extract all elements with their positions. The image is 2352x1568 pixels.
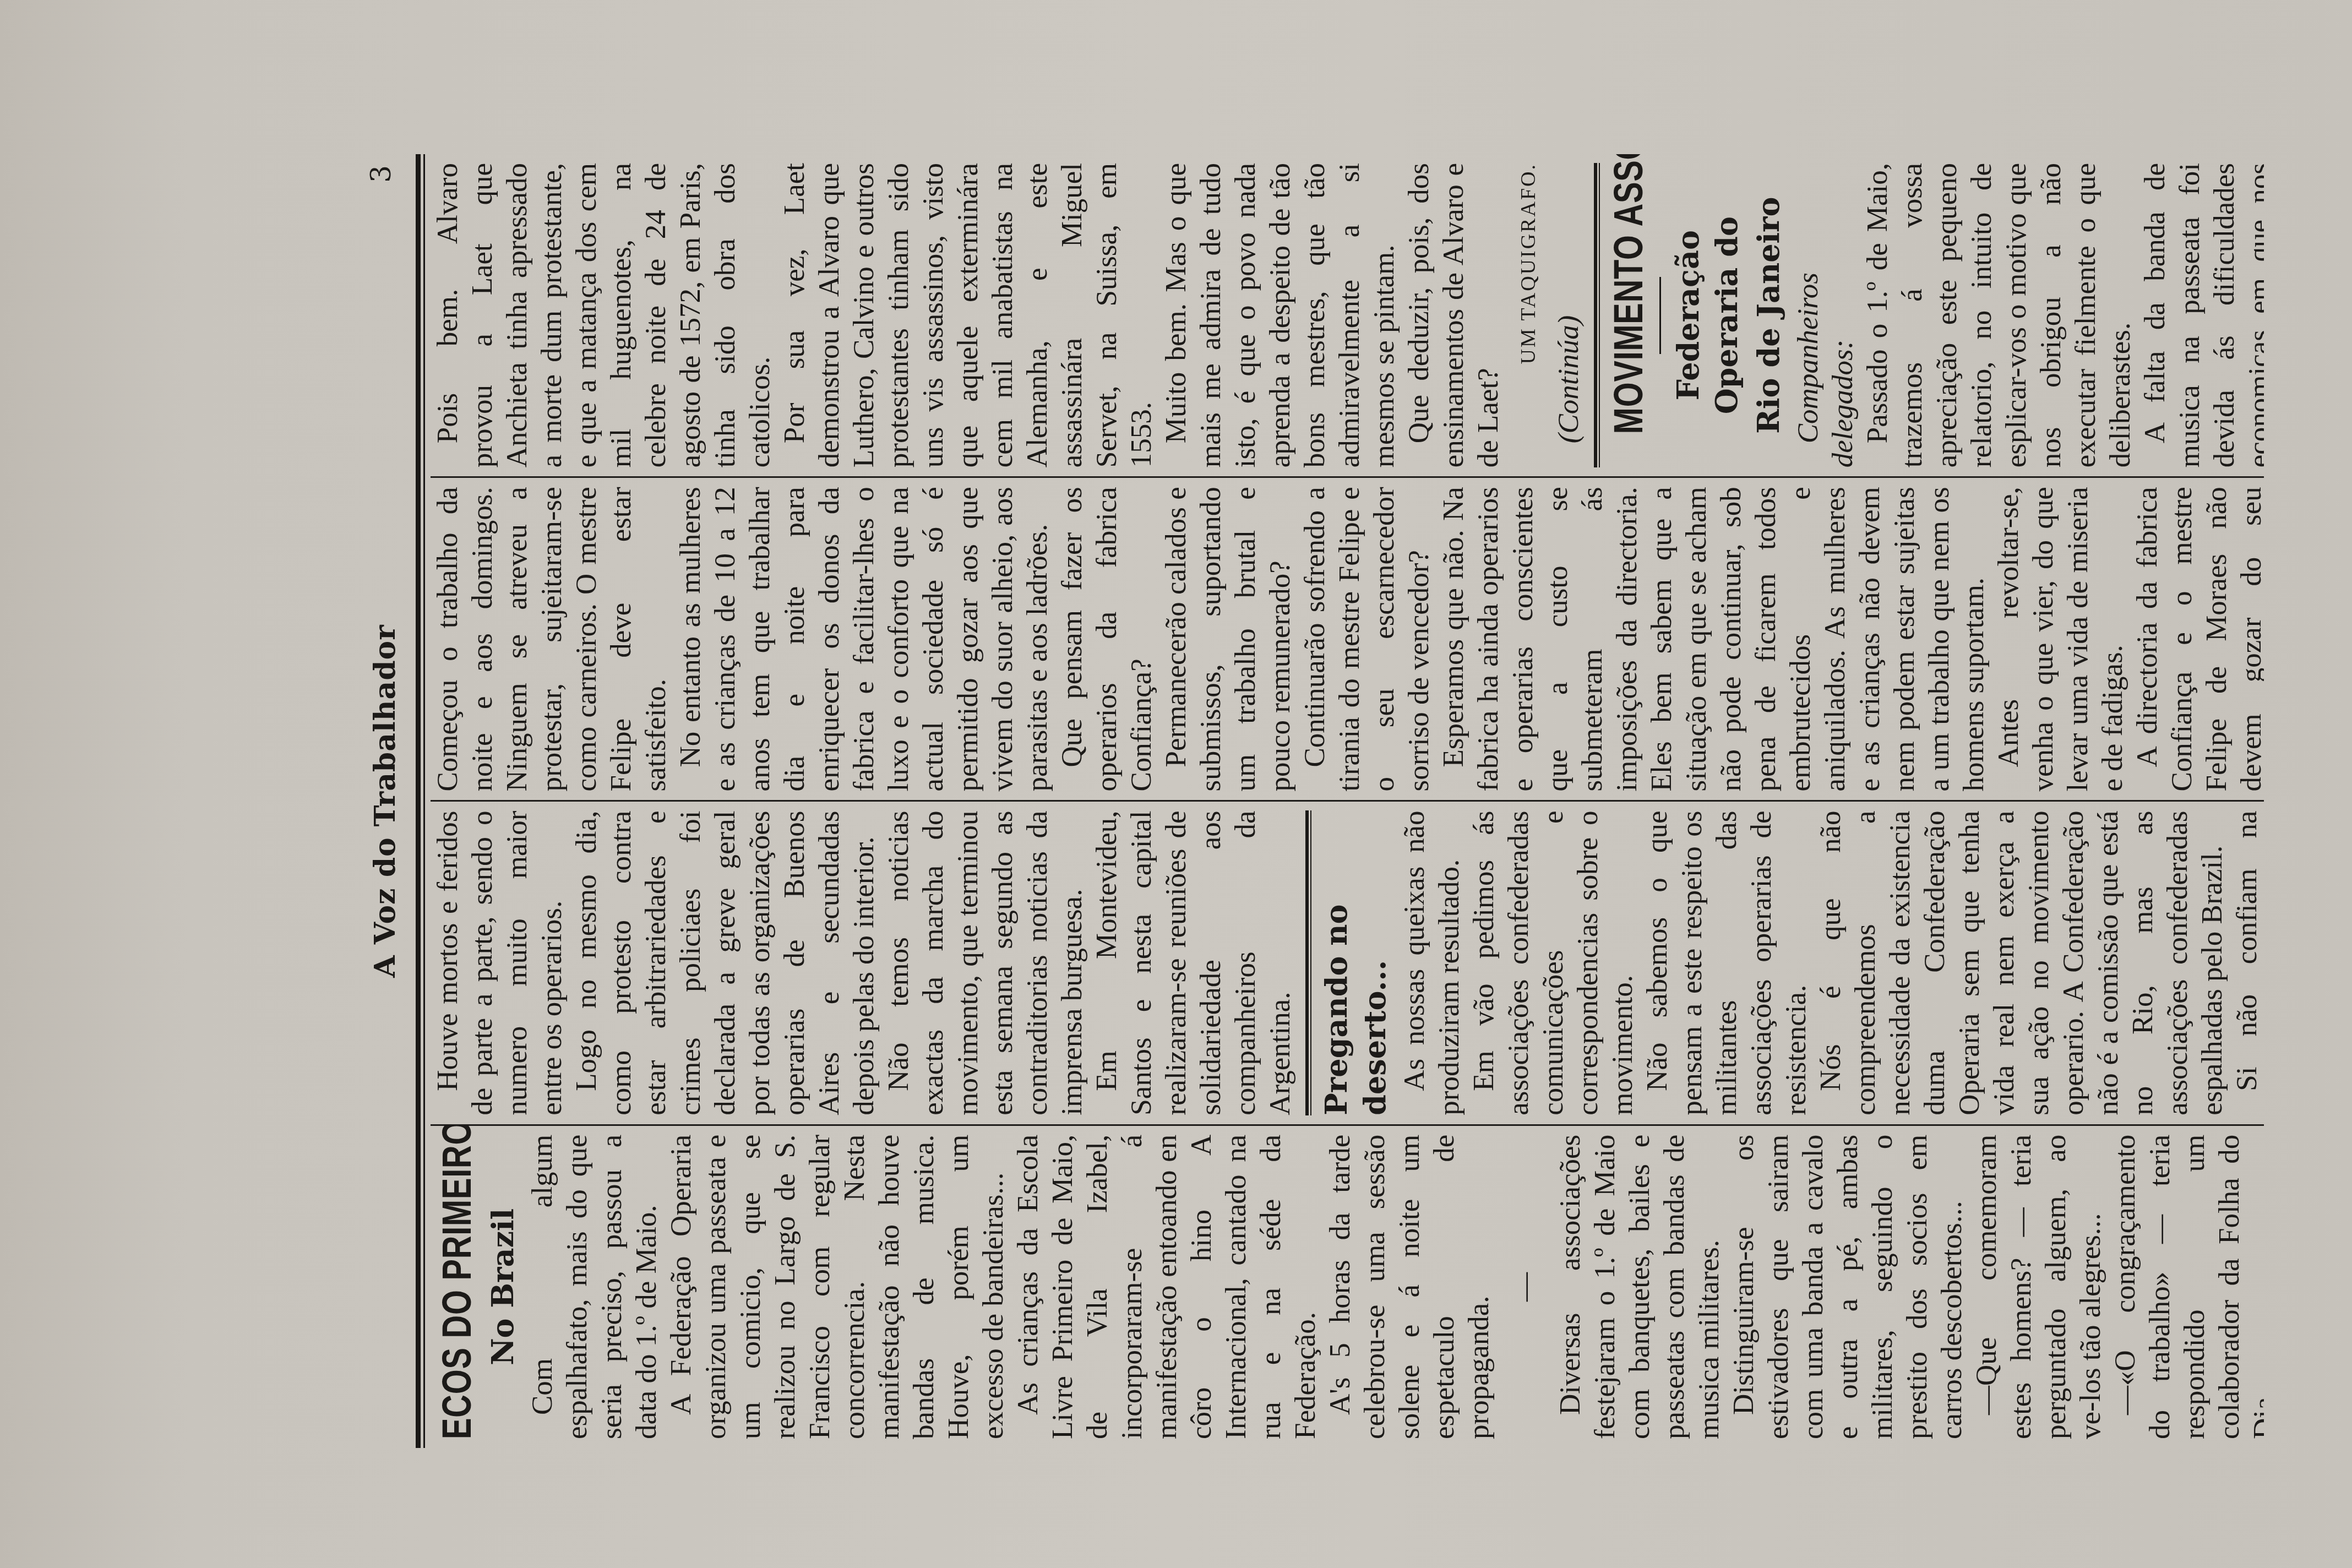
paragraph: Por sua vez, Laet demonstrou a Alvaro qu…	[777, 163, 1159, 467]
paragraph: Que pensam fazer os operarios da fabrica…	[1055, 487, 1159, 791]
paragraph: A falta da banda de musica na passeata f…	[2138, 163, 2264, 467]
short-rule	[1659, 277, 1661, 354]
paragraph: Em Montevideu, Santos e nesta capital re…	[1090, 811, 1298, 1115]
article-title-ecos: ECOS DO PRIMEIRO DE MAIO	[434, 1201, 480, 1439]
running-header: A Voz do Trabalhador 3	[355, 154, 416, 1448]
column-3: Começou o trabalho da noite e aos doming…	[431, 478, 2264, 802]
subheading-federacao: Federação Operaria do	[1669, 163, 1746, 467]
subheading-rio: Rio de Janeiro	[1749, 163, 1788, 467]
paragraph: As nossas queixas não produziram resulta…	[1397, 811, 1467, 1115]
paragraph: Continuarão sofrendo a tirania do mestre…	[1298, 487, 1436, 791]
article-rule	[1594, 163, 1600, 467]
paragraph: A's 5 horas da tarde celebrou-se uma ses…	[1323, 1135, 1496, 1439]
paragraph: Antes revoltar-se, venha o que vier, do …	[1991, 487, 2130, 791]
page-number: 3	[365, 165, 397, 183]
article-title-pregando: Pregando no deserto...	[1317, 811, 1394, 1115]
paragraph: —«O congraçamento do trabalho» — teria r…	[2108, 1135, 2264, 1439]
paragraph: No entanto as mulheres e as crianças de …	[673, 487, 1055, 791]
paragraph: Com algum espalhafato, mais do que seria…	[525, 1135, 664, 1439]
article-rule	[1305, 811, 1311, 1115]
paragraph: Si não confiam na comissão existente no …	[2230, 811, 2264, 1115]
paragraph: Começou o trabalho da noite e aos doming…	[431, 487, 673, 791]
paragraph: Nós é que não compreendemos a necessidad…	[1814, 811, 2230, 1115]
paragraph: Diversas associações festejaram o 1.º de…	[1553, 1135, 1727, 1439]
paragraph: Pois bem. Alvaro provou a Laet que Anchi…	[431, 163, 777, 467]
paragraph: Permanecerão calados e submissos, suport…	[1159, 487, 1298, 791]
column-2: Houve mortos e feridos de parte a parte,…	[431, 802, 2264, 1126]
separator-dash: —	[1507, 1135, 1542, 1439]
columns: ECOS DO PRIMEIRO DE MAIO No Brazil Com a…	[431, 154, 2264, 1448]
paragraph: Passado o 1.º de Maio, trazemos á vossa …	[1860, 163, 2138, 467]
paragraph: As crianças da Escola Livre Primeiro de …	[1011, 1135, 1323, 1439]
newspaper-page: A Voz do Trabalhador 3 ECOS DO PRIMEIRO …	[333, 138, 2282, 1464]
paragraph: Muito bem. Mas o que mais me admira de t…	[1159, 163, 1402, 467]
column-4: Pois bem. Alvaro provou a Laet que Anchi…	[431, 154, 2264, 478]
column-1: ECOS DO PRIMEIRO DE MAIO No Brazil Com a…	[431, 1126, 2264, 1448]
paragraph: Não temos noticias exactas da marcha do …	[881, 811, 1090, 1115]
paragraph: Houve mortos e feridos de parte a parte,…	[431, 811, 569, 1115]
paragraph: Não sabemos o que pensam a este respeito…	[1640, 811, 1814, 1115]
paragraph: Em vão pedimos ás associações confederad…	[1467, 811, 1640, 1115]
newspaper-title: A Voz do Trabalhador	[368, 154, 402, 1448]
paragraph: Que deduzir, pois, dos ensinamentos de A…	[1402, 163, 1506, 467]
paragraph: A Federação Operaria organizou uma passe…	[664, 1135, 1011, 1439]
paragraph: Distinguiram-se os estivadores que saira…	[1727, 1135, 1969, 1439]
header-rule	[416, 154, 425, 1448]
paragraph: A directoria da fabrica Confiança e o me…	[2130, 487, 2264, 791]
article-title-movimento: MOVIMENTO ASSOCIATIVO	[1605, 197, 1652, 434]
paragraph: Esperamos que não. Na fabrica ha ainda o…	[1436, 487, 1991, 791]
continues-note: (Continúa)	[1551, 163, 1586, 467]
signature: UM TAQUIGRAFO.	[1511, 163, 1546, 467]
paragraph: Logo no mesmo dia, como protesto contra …	[569, 811, 881, 1115]
salutation: Companheiros delegados:	[1791, 163, 1860, 467]
subheading-brazil: No Brazil	[483, 1135, 522, 1439]
paragraph: —Que comemoram estes homens? — teria per…	[1969, 1135, 2108, 1439]
